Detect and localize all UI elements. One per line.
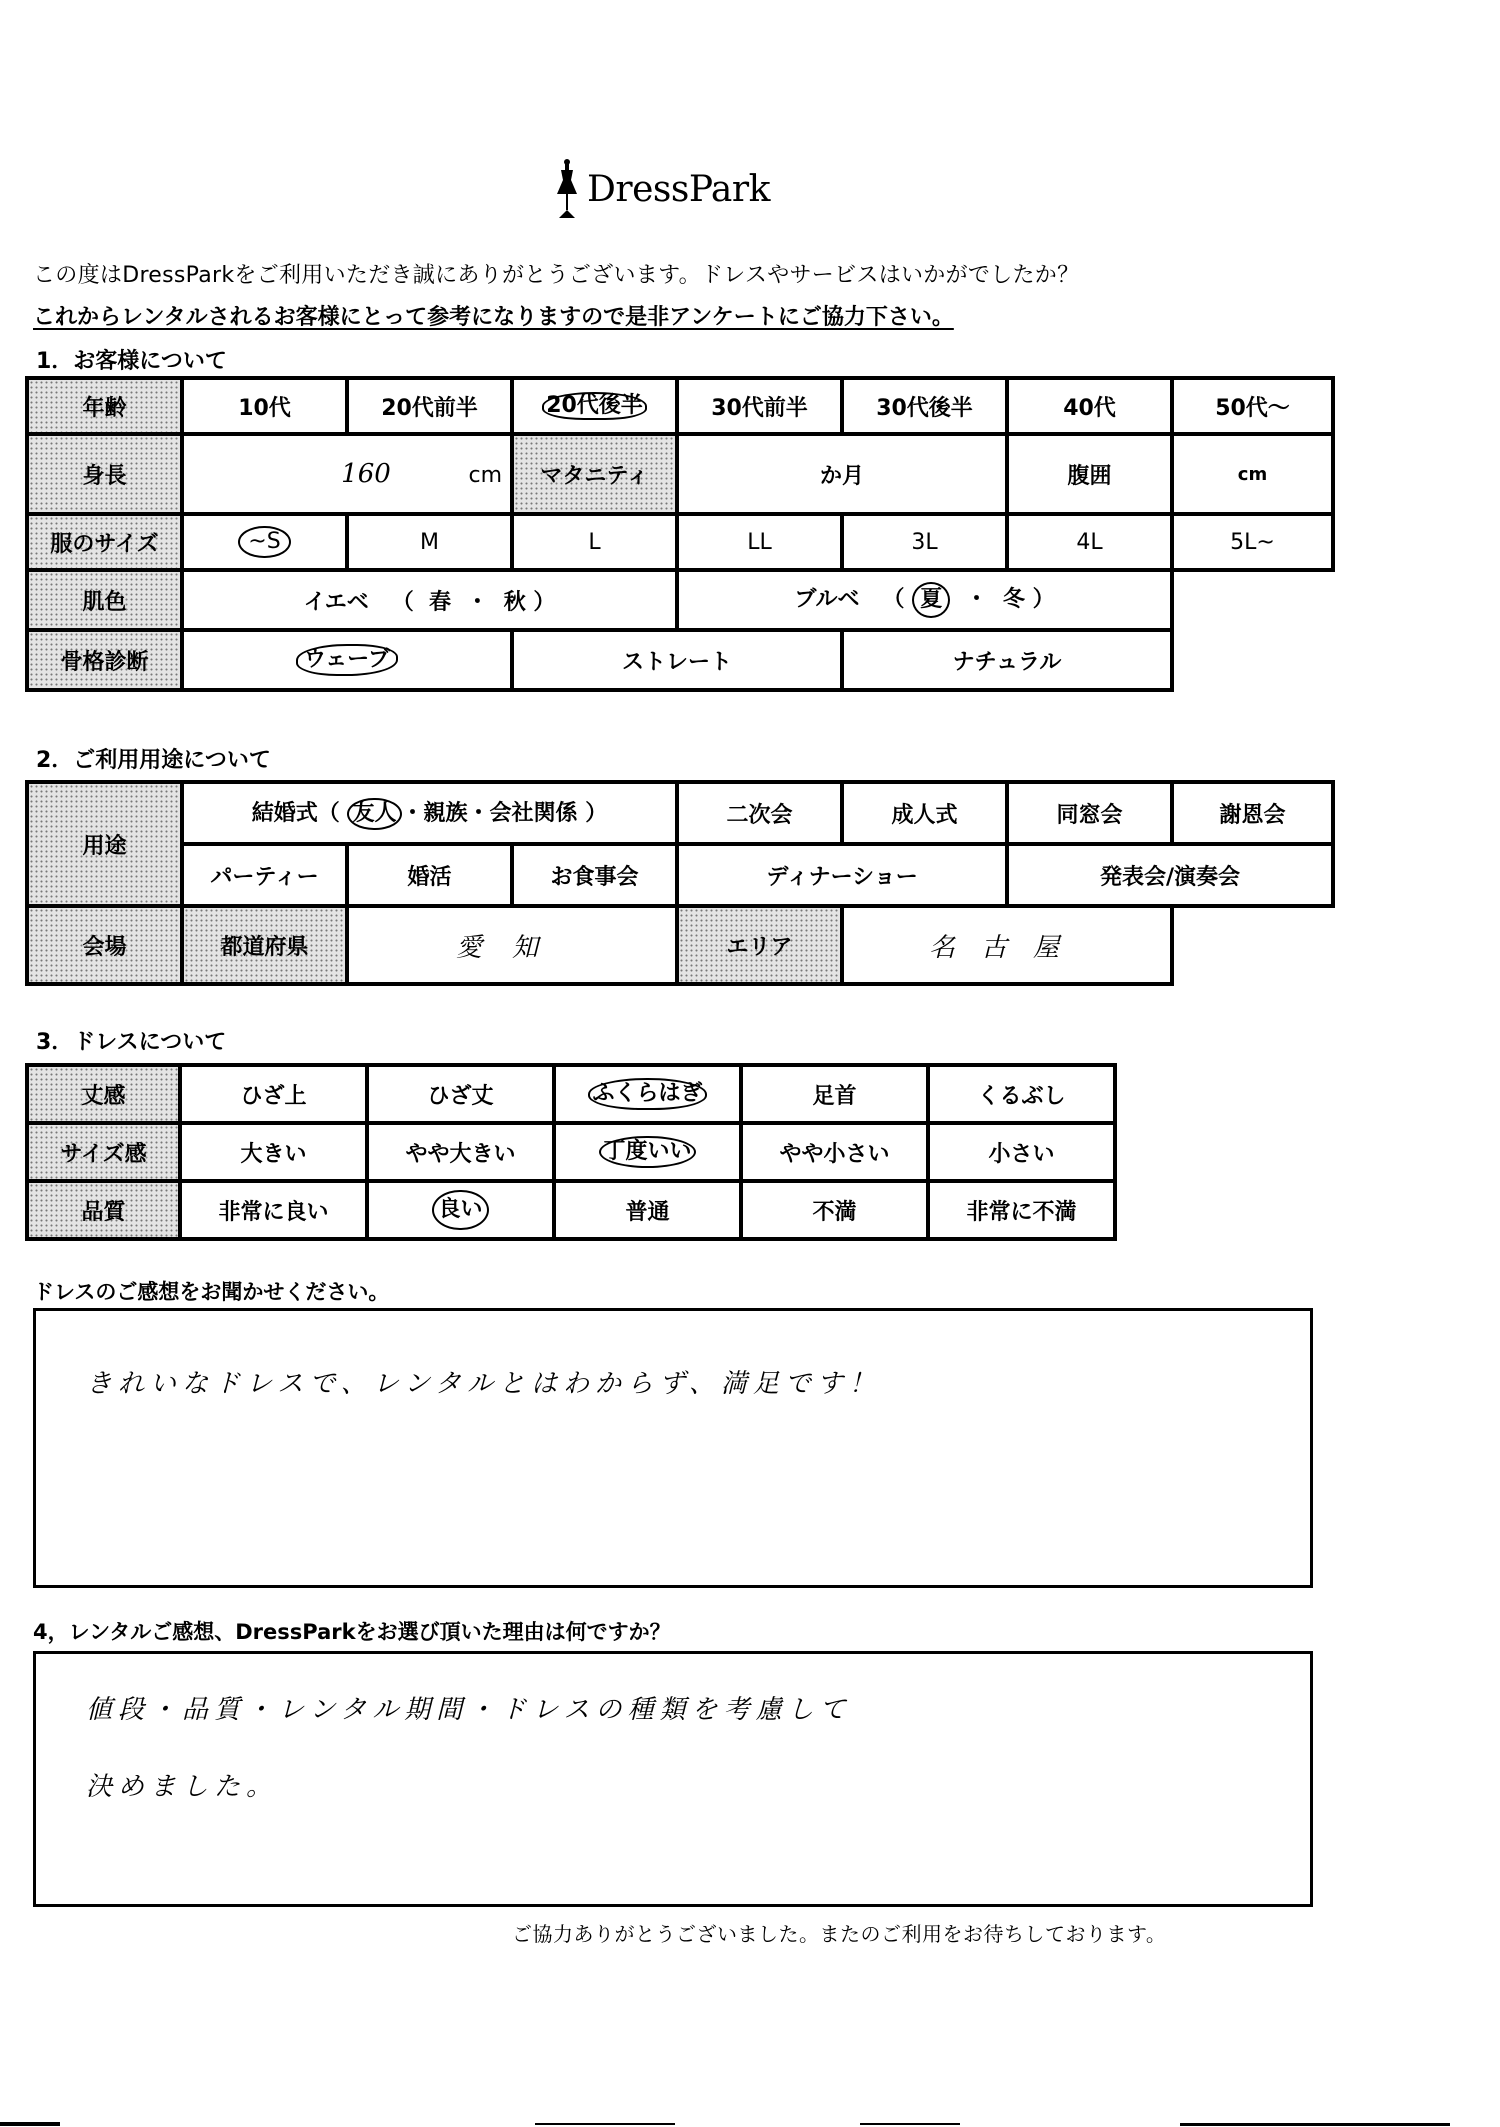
purpose-option[interactable]: ディナーショー xyxy=(677,844,1007,906)
maternity-months-field[interactable]: か月 xyxy=(677,434,1007,514)
age-option[interactable]: 10代 xyxy=(182,378,347,434)
section1-title: 1．お客様について xyxy=(36,344,227,375)
reason-line1: 値段・品質・レンタル期間・ドレスの種類を考慮して xyxy=(86,1689,852,1726)
height-row: 身長 160 cm マタニティ か月 腹囲 cm xyxy=(27,434,1333,514)
size-option[interactable]: L xyxy=(512,514,677,570)
section4-title: 4，レンタルご感想、DressParkをお選び頂いた理由は何ですか？ xyxy=(33,1616,671,1646)
size-option[interactable]: 3L xyxy=(842,514,1007,570)
dress-mannequin-icon xyxy=(555,158,579,220)
prefecture-label: 都道府県 xyxy=(182,906,347,984)
quality-option[interactable]: 普通 xyxy=(554,1181,741,1239)
intro-request: これからレンタルされるお客様にとって参考になりますので是非アンケートにご協力下さ… xyxy=(33,300,954,331)
purpose-option[interactable]: お食事会 xyxy=(512,844,677,906)
purpose-option[interactable]: 謝恩会 xyxy=(1172,782,1333,844)
age-option[interactable]: 30代後半 xyxy=(842,378,1007,434)
maternity-label: マタニティ xyxy=(512,434,677,514)
intro-text: この度はDressParkをご利用いただき誠にありがとうございます。ドレスやサー… xyxy=(33,258,1079,289)
age-option-selected[interactable]: 20代後半 xyxy=(512,378,677,434)
length-label: 丈感 xyxy=(27,1065,180,1123)
usage-table: 用途 結婚式（ 友人・親族・会社関係 ） 二次会 成人式 同窓会 謝恩会 パーテ… xyxy=(25,780,1335,986)
area-label: エリア xyxy=(677,906,842,984)
age-label: 年齢 xyxy=(27,378,182,434)
size-row: 服のサイズ ~S M L LL 3L 4L 5L~ xyxy=(27,514,1333,570)
body-type-label: 骨格診断 xyxy=(27,630,182,690)
dress-table: 丈感 ひざ上 ひざ丈 ふくらはぎ 足首 くるぶし サイズ感 大きい やや大きい … xyxy=(25,1063,1117,1241)
size-option[interactable]: 5L~ xyxy=(1172,514,1333,570)
prefecture-field[interactable]: 愛知 xyxy=(347,906,677,984)
section3-title: 3．ドレスについて xyxy=(36,1025,226,1056)
thanks-message: ご協力ありがとうございました。またのご利用をお待ちしております。 xyxy=(512,1918,1166,1947)
age-option[interactable]: 40代 xyxy=(1007,378,1172,434)
age-row: 年齢 10代 20代前半 20代後半 30代前半 30代後半 40代 50代〜 xyxy=(27,378,1333,434)
age-option[interactable]: 50代〜 xyxy=(1172,378,1333,434)
quality-label: 品質 xyxy=(27,1181,180,1239)
scan-artifact xyxy=(1180,2123,1450,2126)
venue-label: 会場 xyxy=(27,906,182,984)
size-feel-option[interactable]: 小さい xyxy=(928,1123,1115,1181)
section2-title: 2．ご利用用途について xyxy=(36,743,271,774)
length-option[interactable]: くるぶし xyxy=(928,1065,1115,1123)
length-option[interactable]: ひざ上 xyxy=(180,1065,367,1123)
brand-logo: DressPark xyxy=(555,158,770,220)
body-type-row: 骨格診断 ウェーブ ストレート ナチュラル xyxy=(27,630,1333,690)
purpose-option[interactable]: パーティー xyxy=(182,844,347,906)
wedding-option[interactable]: 結婚式（ 友人・親族・会社関係 ） xyxy=(182,782,677,844)
comment-prompt: ドレスのご感想をお聞かせください。 xyxy=(33,1276,389,1306)
size-feel-option-selected[interactable]: 丁度いい xyxy=(554,1123,741,1181)
waist-field[interactable]: cm xyxy=(1172,434,1333,514)
length-option-selected[interactable]: ふくらはぎ xyxy=(554,1065,741,1123)
scan-artifact xyxy=(535,2123,675,2125)
size-feel-row: サイズ感 大きい やや大きい 丁度いい やや小さい 小さい xyxy=(27,1123,1115,1181)
yellow-base-option[interactable]: イエベ （ 春 ・ 秋 ） xyxy=(182,570,677,630)
purpose-option[interactable]: 婚活 xyxy=(347,844,512,906)
quality-option[interactable]: 非常に不満 xyxy=(928,1181,1115,1239)
length-option[interactable]: ひざ丈 xyxy=(367,1065,554,1123)
skin-label: 肌色 xyxy=(27,570,182,630)
age-option[interactable]: 20代前半 xyxy=(347,378,512,434)
quality-row: 品質 非常に良い 良い 普通 不満 非常に不満 xyxy=(27,1181,1115,1239)
size-feel-option[interactable]: 大きい xyxy=(180,1123,367,1181)
blue-base-summer-selected: 夏 xyxy=(912,582,950,618)
length-option[interactable]: 足首 xyxy=(741,1065,928,1123)
area-field[interactable]: 名古屋 xyxy=(842,906,1172,984)
wedding-friend-selected: 友人 xyxy=(347,798,401,830)
customer-info-table: 年齢 10代 20代前半 20代後半 30代前半 30代後半 40代 50代〜 … xyxy=(25,376,1335,692)
size-feel-label: サイズ感 xyxy=(27,1123,180,1181)
comment-box[interactable]: きれいなドレスで、レンタルとはわからず、満足です！ xyxy=(33,1308,1313,1588)
height-unit: cm xyxy=(468,463,502,488)
scan-artifact xyxy=(860,2123,960,2125)
quality-option-selected[interactable]: 良い xyxy=(367,1181,554,1239)
waist-label: 腹囲 xyxy=(1007,434,1172,514)
size-option[interactable]: 4L xyxy=(1007,514,1172,570)
scan-artifact xyxy=(0,2122,60,2126)
body-type-option[interactable]: ストレート xyxy=(512,630,842,690)
length-row: 丈感 ひざ上 ひざ丈 ふくらはぎ 足首 くるぶし xyxy=(27,1065,1115,1123)
purpose-option[interactable]: 二次会 xyxy=(677,782,842,844)
age-option[interactable]: 30代前半 xyxy=(677,378,842,434)
purpose-option[interactable]: 成人式 xyxy=(842,782,1007,844)
size-option[interactable]: M xyxy=(347,514,512,570)
size-feel-option[interactable]: やや小さい xyxy=(741,1123,928,1181)
body-type-option[interactable]: ナチュラル xyxy=(842,630,1172,690)
body-type-option-selected[interactable]: ウェーブ xyxy=(182,630,512,690)
size-option[interactable]: LL xyxy=(677,514,842,570)
purpose-option[interactable]: 発表会/演奏会 xyxy=(1007,844,1333,906)
height-field[interactable]: 160 cm xyxy=(182,434,512,514)
purpose-option[interactable]: 同窓会 xyxy=(1007,782,1172,844)
reason-line2: 決めました。 xyxy=(86,1766,278,1803)
comment-text: きれいなドレスで、レンタルとはわからず、満足です！ xyxy=(86,1363,881,1400)
quality-option[interactable]: 不満 xyxy=(741,1181,928,1239)
height-value: 160 xyxy=(341,459,391,489)
blue-base-option[interactable]: ブルベ （ 夏 ・ 冬 ） xyxy=(677,570,1172,630)
brand-name: DressPark xyxy=(587,169,770,210)
size-feel-option[interactable]: やや大きい xyxy=(367,1123,554,1181)
skin-row: 肌色 イエベ （ 春 ・ 秋 ） ブルベ （ 夏 ・ 冬 ） xyxy=(27,570,1333,630)
size-label: 服のサイズ xyxy=(27,514,182,570)
quality-option[interactable]: 非常に良い xyxy=(180,1181,367,1239)
size-option-selected[interactable]: ~S xyxy=(182,514,347,570)
purpose-label: 用途 xyxy=(27,782,182,906)
reason-box[interactable]: 値段・品質・レンタル期間・ドレスの種類を考慮して 決めました。 xyxy=(33,1651,1313,1907)
height-label: 身長 xyxy=(27,434,182,514)
